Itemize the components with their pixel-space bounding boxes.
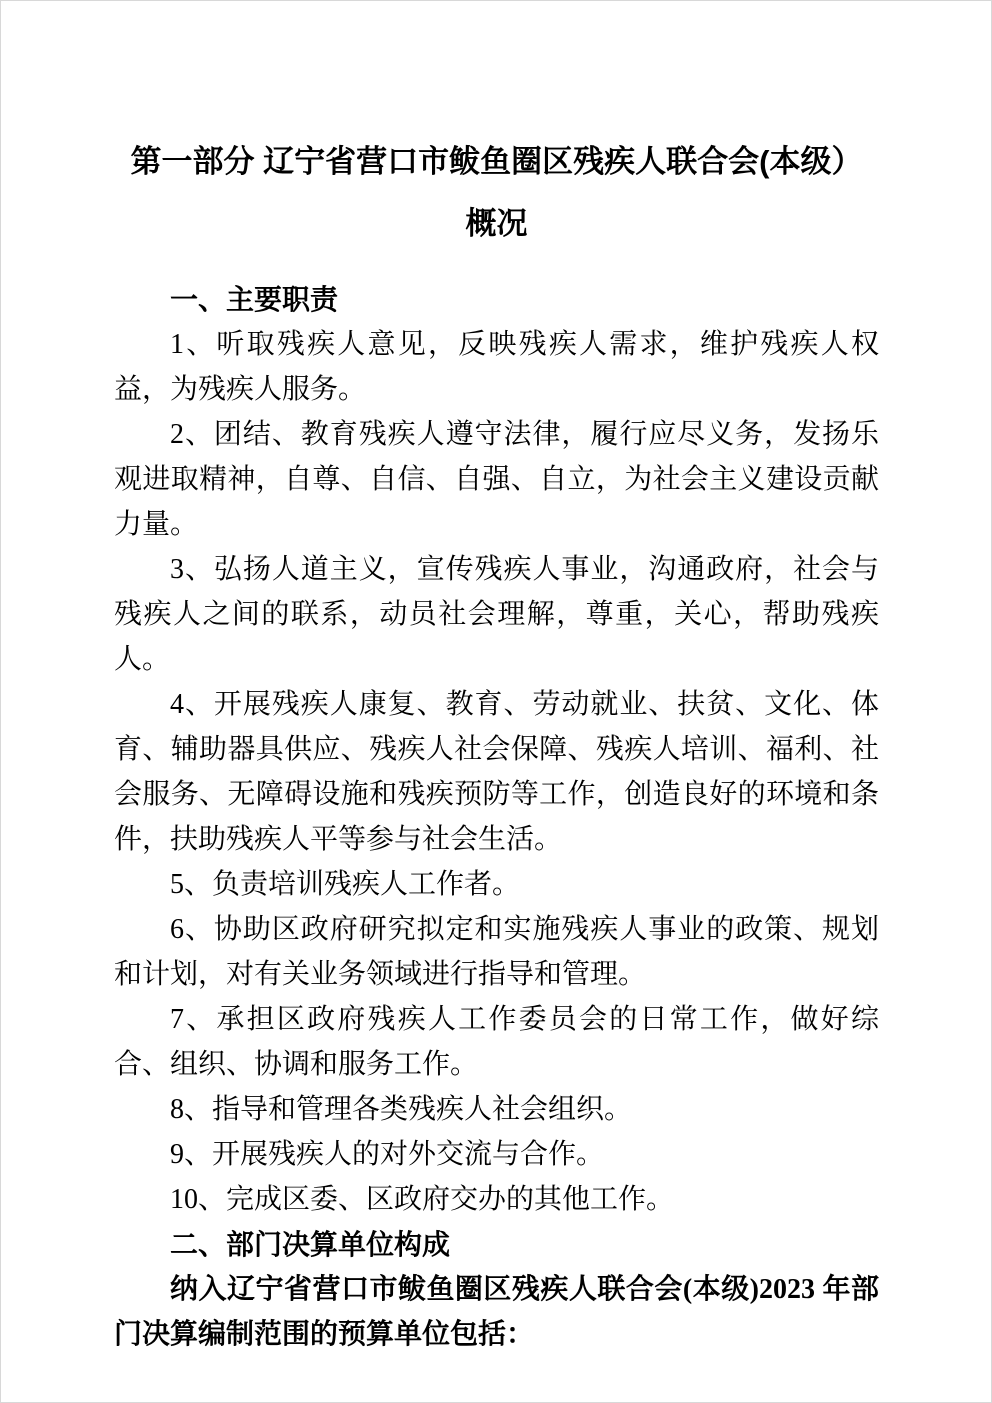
section-heading-unit-composition: 二、部门决算单位构成	[114, 1222, 879, 1267]
duty-paragraph-9: 9、开展残疾人的对外交流与合作。	[114, 1132, 879, 1177]
duty-paragraph-2: 2、团结、教育残疾人遵守法律，履行应尽义务，发扬乐观进取精神，自尊、自信、自强、…	[114, 412, 879, 547]
unit-composition-intro-paragraph: 纳入辽宁省营口市鲅鱼圈区残疾人联合会(本级)2023 年部门决算编制范围的预算单…	[114, 1267, 879, 1357]
duty-paragraph-8: 8、指导和管理各类残疾人社会组织。	[114, 1087, 879, 1132]
duty-paragraph-6: 6、协助区政府研究拟定和实施残疾人事业的政策、规划和计划，对有关业务领域进行指导…	[114, 907, 879, 997]
duty-paragraph-5: 5、负责培训残疾人工作者。	[114, 862, 879, 907]
duty-paragraph-3: 3、弘扬人道主义，宣传残疾人事业，沟通政府，社会与残疾人之间的联系，动员社会理解…	[114, 547, 879, 682]
document-title: 第一部分 辽宁省营口市鲅鱼圈区残疾人联合会(本级） 概况	[114, 131, 879, 255]
duty-paragraph-1: 1、听取残疾人意见，反映残疾人需求，维护残疾人权益，为残疾人服务。	[114, 322, 879, 412]
duty-paragraph-4: 4、开展残疾人康复、教育、劳动就业、扶贫、文化、体育、辅助器具供应、残疾人社会保…	[114, 682, 879, 862]
document-body: 一、主要职责 1、听取残疾人意见，反映残疾人需求，维护残疾人权益，为残疾人服务。…	[114, 277, 879, 1357]
duty-paragraph-10: 10、完成区委、区政府交办的其他工作。	[114, 1177, 879, 1222]
document-page: 第一部分 辽宁省营口市鲅鱼圈区残疾人联合会(本级） 概况 一、主要职责 1、听取…	[0, 0, 992, 1403]
duty-paragraph-7: 7、承担区政府残疾人工作委员会的日常工作，做好综合、组织、协调和服务工作。	[114, 997, 879, 1087]
section-heading-main-duties: 一、主要职责	[114, 277, 879, 322]
